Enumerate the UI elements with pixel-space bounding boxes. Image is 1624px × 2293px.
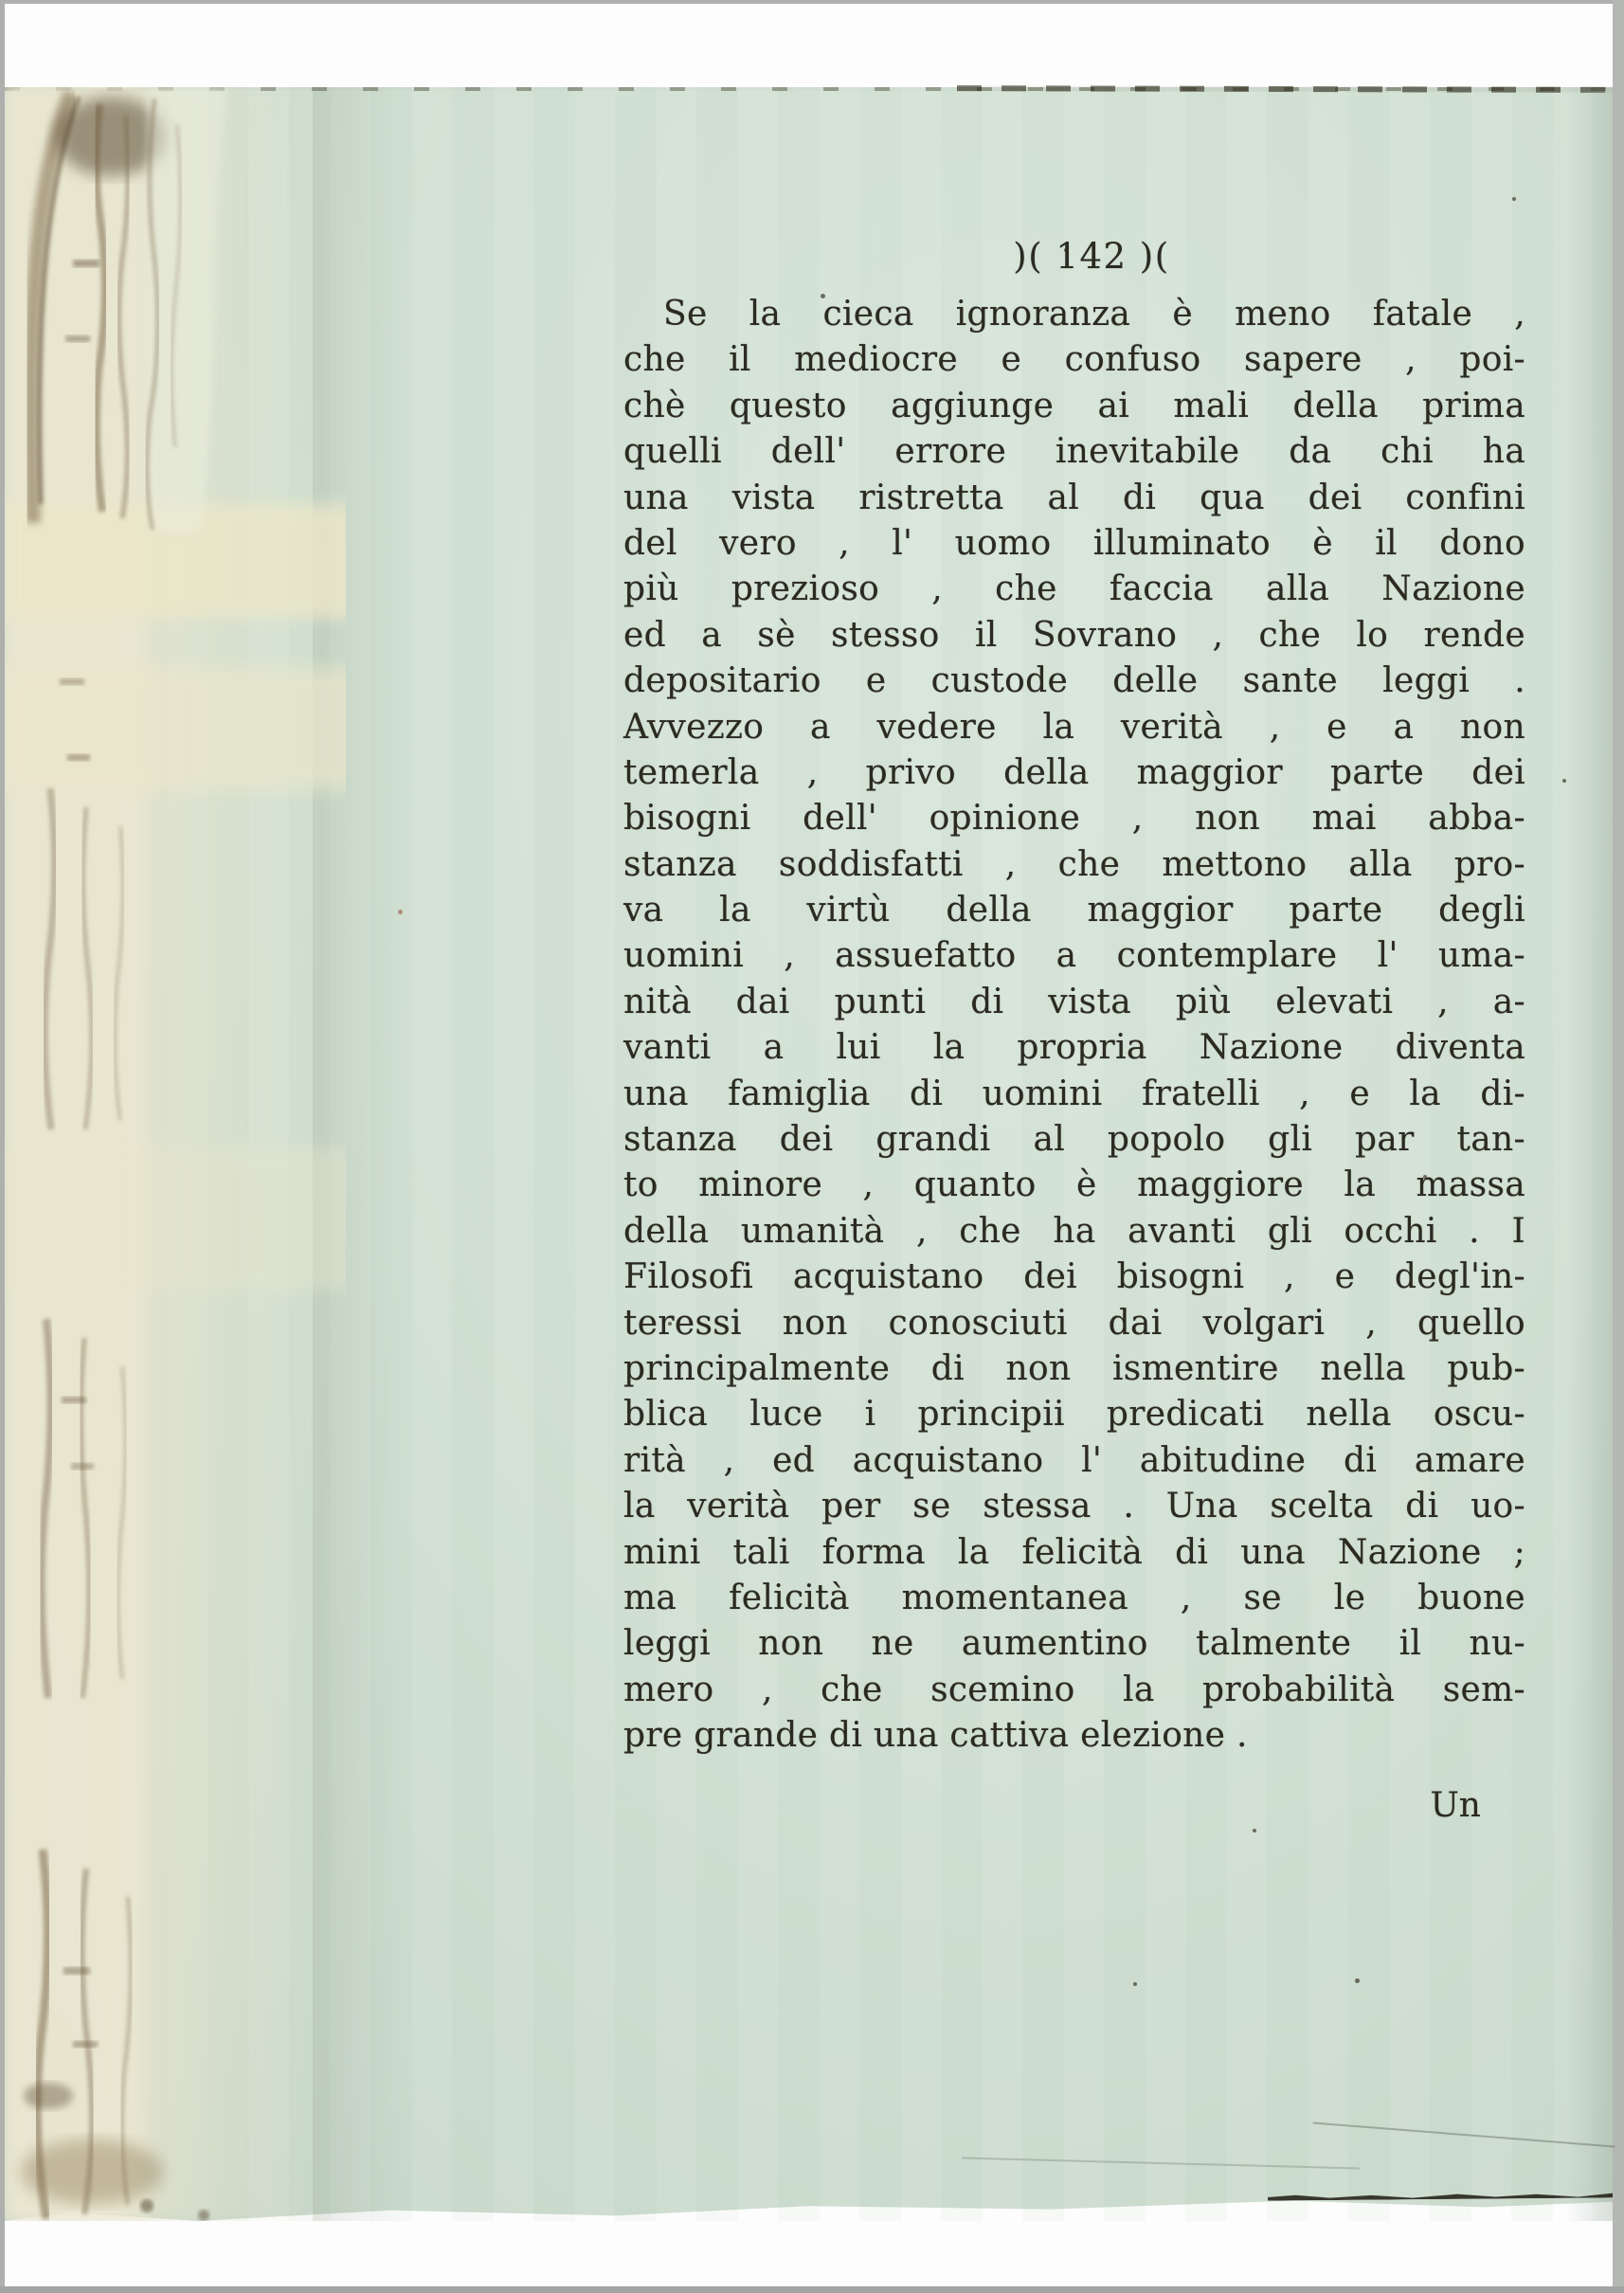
text-line: uomini , assuefatto a contemplare l' uma…: [623, 933, 1525, 979]
scanner-edge-right: [1613, 0, 1624, 2293]
text-line: quelli dell' errore inevitabile da chi h…: [623, 429, 1525, 475]
scan-speck: [1133, 1982, 1137, 1986]
text-line: stanza dei grandi al popolo gli par tan-: [623, 1117, 1525, 1163]
scan-speck: [1512, 197, 1516, 201]
scan-speck: [398, 910, 403, 914]
text-line: più prezioso , che faccia alla Nazione: [623, 567, 1525, 612]
body-text-block: Se la cieca ignoranza è meno fatale ,che…: [623, 292, 1525, 1760]
text-line: Avvezzo a vedere la verità , e a non: [623, 705, 1525, 750]
text-line: che il mediocre e confuso sapere , poi-: [623, 337, 1525, 383]
text-line: la verità per se stessa . Una scelta di …: [623, 1484, 1525, 1529]
text-line: nità dai punti di vista più elevati , a-: [623, 980, 1525, 1025]
text-line: mini tali forma la felicità di una Nazio…: [623, 1530, 1525, 1576]
scan-speck: [1562, 779, 1566, 783]
text-line: rità , ed acquistano l' abitudine di ama…: [623, 1438, 1525, 1484]
text-line: della umanità , che ha avanti gli occhi …: [623, 1209, 1525, 1255]
text-line: una vista ristretta al di qua dei confin…: [623, 476, 1525, 521]
scan-speck: [1253, 1829, 1256, 1833]
catchword-row: Un: [623, 1783, 1525, 1829]
text-line: vanti a lui la propria Nazione diventa: [623, 1025, 1525, 1071]
text-line: depositario e custode delle sante leggi …: [623, 659, 1525, 704]
scanner-edge-top: [0, 0, 1624, 4]
text-line: del vero , l' uomo illuminato è il dono: [623, 521, 1525, 567]
page-number-header: )( 142 )(: [623, 236, 1543, 278]
text-line: principalmente di non ismentire nella pu…: [623, 1346, 1525, 1392]
binding-texture: [5, 87, 346, 2221]
text-line: Filosofi acquistano dei bisogni , e degl…: [623, 1255, 1525, 1300]
text-line: ed a sè stesso il Sovrano , che lo rende: [623, 613, 1525, 659]
text-line: teressi non conosciuti dai volgari , que…: [623, 1301, 1525, 1346]
text-line: ma felicità momentanea , se le buone: [623, 1576, 1525, 1621]
text-line: pre grande di una cattiva elezione .: [623, 1713, 1525, 1759]
page-right-shading: [1565, 87, 1613, 2221]
text-line: to minore , quanto è maggiore la massa: [623, 1163, 1525, 1208]
text-line: bisogni dell' opinione , non mai abba-: [623, 796, 1525, 841]
catchword: Un: [1430, 1786, 1481, 1825]
text-line: temerla , privo della maggior parte dei: [623, 750, 1525, 796]
text-line: mero , che scemino la probabilità sem-: [623, 1668, 1525, 1713]
text-line: blica luce i principii predicati nella o…: [623, 1392, 1525, 1437]
text-line: leggi non ne aumentino talmente il nu-: [623, 1621, 1525, 1667]
text-line: chè questo aggiunge ai mali della prima: [623, 384, 1525, 429]
text-line: Se la cieca ignoranza è meno fatale ,: [623, 292, 1525, 337]
text-line: stanza soddisfatti , che mettono alla pr…: [623, 842, 1525, 888]
scan-speck: [1355, 1978, 1360, 1983]
text-line: una famiglia di uomini fratelli , e la d…: [623, 1072, 1525, 1117]
text-line: va la virtù della maggior parte degli: [623, 888, 1525, 933]
scanner-edge-bottom: [0, 2286, 1624, 2293]
